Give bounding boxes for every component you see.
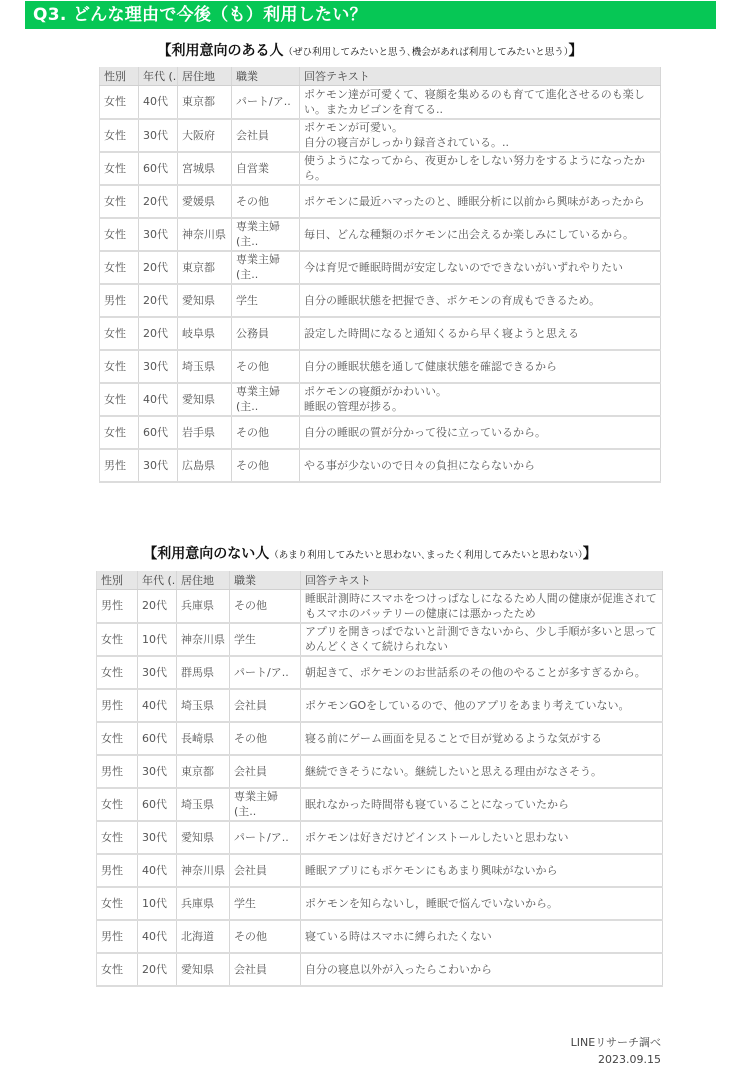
gender-cell: 女性 <box>97 887 138 920</box>
answer-cell: ポケモンは好きだけどインストールしたいと思わない <box>301 821 663 854</box>
col-header-gender[interactable]: 性別 <box>100 67 139 86</box>
negative-title-close: 】 <box>583 546 597 562</box>
age-cell: 20代 <box>139 185 178 218</box>
positive-title-close: 】 <box>569 43 583 59</box>
col-header-answer[interactable]: 回答テキスト <box>301 571 663 590</box>
job-cell: 学生 <box>230 623 301 656</box>
age-cell: 20代 <box>138 590 177 623</box>
job-cell: 会社員 <box>232 119 300 152</box>
gender-cell: 女性 <box>97 722 138 755</box>
gender-cell: 女性 <box>100 152 139 185</box>
job-cell: 会社員 <box>230 689 301 722</box>
job-cell: 専業主婦 (主.. <box>232 383 300 416</box>
age-cell: 40代 <box>138 920 177 953</box>
region-cell: 神奈川県 <box>177 854 230 887</box>
answer-cell: アプリを開きっぱでないと計測できないから、少し手順が多いと思ってめんどくさくて続… <box>301 623 663 656</box>
age-cell: 40代 <box>139 86 178 119</box>
table-row[interactable]: 男性40代北海道その他寝ている時はスマホに縛られたくない <box>97 920 663 953</box>
table-row[interactable]: 女性60代長崎県その他寝る前にゲーム画面を見ることで目が覚めるような気がする <box>97 722 663 755</box>
region-cell: 埼玉県 <box>178 350 232 383</box>
region-cell: 東京都 <box>177 755 230 788</box>
region-cell: 神奈川県 <box>178 218 232 251</box>
positive-title-main: 【利用意向のある人 <box>157 43 283 59</box>
table-row[interactable]: 女性30代大阪府会社員ポケモンが可愛い。 自分の寝言がしっかり録音されている。.… <box>100 119 661 152</box>
table-row[interactable]: 男性30代広島県その他やる事が少ないので日々の負担にならないから <box>100 449 661 482</box>
negative-title-sub: （あまり利用してみたいと思わない､まったく利用してみたいと思わない） <box>269 550 583 561</box>
gender-cell: 女性 <box>100 119 139 152</box>
gender-cell: 女性 <box>97 656 138 689</box>
table-row[interactable]: 男性20代愛知県学生自分の睡眠状態を把握でき、ポケモンの育成もできるため。 <box>100 284 661 317</box>
answer-cell: 自分の睡眠状態を通して健康状態を確認できるから <box>300 350 661 383</box>
gender-cell: 女性 <box>100 317 139 350</box>
gender-cell: 女性 <box>100 383 139 416</box>
region-cell: 北海道 <box>177 920 230 953</box>
answer-cell: 朝起きて、ポケモンのお世話系のその他のやることが多すぎるから。 <box>301 656 663 689</box>
age-cell: 60代 <box>138 722 177 755</box>
gender-cell: 男性 <box>97 689 138 722</box>
gender-cell: 男性 <box>97 590 138 623</box>
job-cell: 会社員 <box>230 854 301 887</box>
answer-cell: ポケモンが可愛い。 自分の寝言がしっかり録音されている。.. <box>300 119 661 152</box>
gender-cell: 女性 <box>97 821 138 854</box>
negative-responses-table: 性別 年代 (.. 居住地 職業 回答テキスト 男性20代兵庫県その他睡眠計測時… <box>96 571 663 987</box>
survey-date: 2023.09.15 <box>598 1053 661 1066</box>
table-row[interactable]: 女性30代神奈川県専業主婦 (主..毎日、どんな種類のポケモンに出会えるか楽しみ… <box>100 218 661 251</box>
age-cell: 20代 <box>139 251 178 284</box>
col-header-job[interactable]: 職業 <box>230 571 301 590</box>
answer-cell: 設定した時間になると通知くるから早く寝ようと思える <box>300 317 661 350</box>
answer-cell: 自分の寝息以外が入ったらこわいから <box>301 953 663 986</box>
age-cell: 20代 <box>139 317 178 350</box>
gender-cell: 男性 <box>97 755 138 788</box>
region-cell: 広島県 <box>178 449 232 482</box>
table-row[interactable]: 男性40代神奈川県会社員睡眠アプリにもポケモンにもあまり興味がないから <box>97 854 663 887</box>
answer-cell: ポケモンを知らないし，睡眠で悩んでいないから。 <box>301 887 663 920</box>
answer-cell: 睡眠アプリにもポケモンにもあまり興味がないから <box>301 854 663 887</box>
gender-cell: 女性 <box>100 218 139 251</box>
job-cell: 会社員 <box>230 953 301 986</box>
col-header-gender[interactable]: 性別 <box>97 571 138 590</box>
job-cell: 学生 <box>230 887 301 920</box>
table-row[interactable]: 女性20代愛媛県その他ポケモンに最近ハマったのと、睡眠分析に以前から興味があった… <box>100 185 661 218</box>
gender-cell: 女性 <box>100 86 139 119</box>
age-cell: 10代 <box>138 623 177 656</box>
region-cell: 愛知県 <box>177 953 230 986</box>
table-row[interactable]: 女性20代岐阜県公務員設定した時間になると通知くるから早く寝ようと思える <box>100 317 661 350</box>
answer-cell: やる事が少ないので日々の負担にならないから <box>300 449 661 482</box>
job-cell: その他 <box>232 449 300 482</box>
source-note: LINEリサーチ調べ <box>571 1034 661 1050</box>
negative-section-title: 【利用意向のない人（あまり利用してみたいと思わない､まったく利用してみたいと思わ… <box>0 543 740 563</box>
age-cell: 30代 <box>138 656 177 689</box>
gender-cell: 男性 <box>100 284 139 317</box>
table-row[interactable]: 男性20代兵庫県その他睡眠計測時にスマホをつけっぱなしになるため人間の健康が促進… <box>97 590 663 623</box>
gender-cell: 女性 <box>100 251 139 284</box>
answer-cell: 寝る前にゲーム画面を見ることで目が覚めるような気がする <box>301 722 663 755</box>
region-cell: 岐阜県 <box>178 317 232 350</box>
age-cell: 40代 <box>138 854 177 887</box>
job-cell: パート/ア.. <box>232 86 300 119</box>
region-cell: 長崎県 <box>177 722 230 755</box>
age-cell: 20代 <box>139 284 178 317</box>
negative-title-main: 【利用意向のない人 <box>143 546 269 562</box>
table-row[interactable]: 女性30代愛知県パート/ア..ポケモンは好きだけどインストールしたいと思わない <box>97 821 663 854</box>
answer-cell: 眠れなかった時間帯も寝ていることになっていたから <box>301 788 663 821</box>
gender-cell: 女性 <box>97 953 138 986</box>
answer-cell: 寝ている時はスマホに縛られたくない <box>301 920 663 953</box>
gender-cell: 女性 <box>97 623 138 656</box>
answer-cell: 睡眠計測時にスマホをつけっぱなしになるため人間の健康が促進されてもスマホのバッテ… <box>301 590 663 623</box>
col-header-job[interactable]: 職業 <box>232 67 300 86</box>
age-cell: 10代 <box>138 887 177 920</box>
gender-cell: 女性 <box>100 185 139 218</box>
region-cell: 埼玉県 <box>177 689 230 722</box>
region-cell: 兵庫県 <box>177 590 230 623</box>
answer-cell: ポケモンGOをしているので、他のアプリをあまり考えていない。 <box>301 689 663 722</box>
question-banner: Q3. どんな理由で今後（も）利用したい？ <box>25 1 716 29</box>
age-cell: 60代 <box>139 416 178 449</box>
col-header-age[interactable]: 年代 (.. <box>138 571 177 590</box>
age-cell: 30代 <box>139 449 178 482</box>
job-cell: その他 <box>230 920 301 953</box>
answer-cell: ポケモンの寝顔がかわいい。 睡眠の管理が捗る。 <box>300 383 661 416</box>
job-cell: 学生 <box>232 284 300 317</box>
region-cell: 埼玉県 <box>177 788 230 821</box>
answer-cell: ポケモンに最近ハマったのと、睡眠分析に以前から興味があったから <box>300 185 661 218</box>
job-cell: 自営業 <box>232 152 300 185</box>
region-cell: 東京都 <box>178 86 232 119</box>
answer-cell: ポケモン達が可愛くて、寝顔を集めるのも育てて進化させるのも楽しい。またカビゴンを… <box>300 86 661 119</box>
table-row[interactable]: 女性30代群馬県パート/ア..朝起きて、ポケモンのお世話系のその他のやることが多… <box>97 656 663 689</box>
job-cell: その他 <box>232 350 300 383</box>
age-cell: 60代 <box>138 788 177 821</box>
table-row[interactable]: 女性60代埼玉県専業主婦 (主..眠れなかった時間帯も寝ていることになっていたか… <box>97 788 663 821</box>
region-cell: 愛知県 <box>178 383 232 416</box>
col-header-region[interactable]: 居住地 <box>177 571 230 590</box>
table-row[interactable]: 女性30代埼玉県その他自分の睡眠状態を通して健康状態を確認できるから <box>100 350 661 383</box>
table-row[interactable]: 女性60代岩手県その他自分の睡眠の質が分かって役に立っているから。 <box>100 416 661 449</box>
answer-cell: 継続できそうにない。継続したいと思える理由がなさそう。 <box>301 755 663 788</box>
col-header-answer[interactable]: 回答テキスト <box>300 67 661 86</box>
positive-responses-table: 性別 年代 (.. 居住地 職業 回答テキスト 女性40代東京都パート/ア..ポ… <box>99 67 661 483</box>
gender-cell: 女性 <box>100 350 139 383</box>
gender-cell: 男性 <box>97 920 138 953</box>
job-cell: その他 <box>230 722 301 755</box>
age-cell: 40代 <box>138 689 177 722</box>
col-header-age[interactable]: 年代 (.. <box>139 67 178 86</box>
region-cell: 愛知県 <box>177 821 230 854</box>
job-cell: 公務員 <box>232 317 300 350</box>
table-row[interactable]: 女性10代神奈川県学生アプリを開きっぱでないと計測できないから、少し手順が多いと… <box>97 623 663 656</box>
region-cell: 大阪府 <box>178 119 232 152</box>
region-cell: 群馬県 <box>177 656 230 689</box>
positive-section-title: 【利用意向のある人（ぜひ利用してみたいと思う､機会があれば利用してみたいと思う）… <box>0 40 740 60</box>
table-header-row: 性別 年代 (.. 居住地 職業 回答テキスト <box>100 67 661 86</box>
answer-cell: 自分の睡眠状態を把握でき、ポケモンの育成もできるため。 <box>300 284 661 317</box>
gender-cell: 女性 <box>97 788 138 821</box>
age-cell: 30代 <box>138 821 177 854</box>
job-cell: パート/ア.. <box>230 821 301 854</box>
job-cell: その他 <box>232 185 300 218</box>
age-cell: 40代 <box>139 383 178 416</box>
age-cell: 60代 <box>139 152 178 185</box>
job-cell: その他 <box>230 590 301 623</box>
answer-cell: 毎日、どんな種類のポケモンに出会えるか楽しみにしているから。 <box>300 218 661 251</box>
question-title: Q3. どんな理由で今後（も）利用したい？ <box>33 5 367 25</box>
table-row[interactable]: 男性30代東京都会社員継続できそうにない。継続したいと思える理由がなさそう。 <box>97 755 663 788</box>
positive-title-sub: （ぜひ利用してみたいと思う､機会があれば利用してみたいと思う） <box>283 47 568 58</box>
answer-cell: 使うようになってから、夜更かしをしない努力をするようになったから。 <box>300 152 661 185</box>
region-cell: 兵庫県 <box>177 887 230 920</box>
gender-cell: 男性 <box>100 449 139 482</box>
job-cell: 専業主婦 (主.. <box>232 218 300 251</box>
col-header-region[interactable]: 居住地 <box>178 67 232 86</box>
region-cell: 宮城県 <box>178 152 232 185</box>
answer-cell: 自分の睡眠の質が分かって役に立っているから。 <box>300 416 661 449</box>
table-row[interactable]: 女性40代東京都パート/ア..ポケモン達が可愛くて、寝顔を集めるのも育てて進化さ… <box>100 86 661 119</box>
table-header-row: 性別 年代 (.. 居住地 職業 回答テキスト <box>97 571 663 590</box>
region-cell: 岩手県 <box>178 416 232 449</box>
age-cell: 30代 <box>139 350 178 383</box>
table-row[interactable]: 女性20代東京都専業主婦 (主..今は育児で睡眠時間が安定しないのでできないがい… <box>100 251 661 284</box>
table-row[interactable]: 男性40代埼玉県会社員ポケモンGOをしているので、他のアプリをあまり考えていない… <box>97 689 663 722</box>
gender-cell: 男性 <box>97 854 138 887</box>
age-cell: 30代 <box>138 755 177 788</box>
job-cell: パート/ア.. <box>230 656 301 689</box>
region-cell: 愛媛県 <box>178 185 232 218</box>
table-row[interactable]: 女性40代愛知県専業主婦 (主..ポケモンの寝顔がかわいい。 睡眠の管理が捗る。 <box>100 383 661 416</box>
age-cell: 20代 <box>138 953 177 986</box>
table-row[interactable]: 女性60代宮城県自営業使うようになってから、夜更かしをしない努力をするようになっ… <box>100 152 661 185</box>
region-cell: 神奈川県 <box>177 623 230 656</box>
table-row[interactable]: 女性20代愛知県会社員自分の寝息以外が入ったらこわいから <box>97 953 663 986</box>
table-row[interactable]: 女性10代兵庫県学生ポケモンを知らないし，睡眠で悩んでいないから。 <box>97 887 663 920</box>
age-cell: 30代 <box>139 119 178 152</box>
age-cell: 30代 <box>139 218 178 251</box>
gender-cell: 女性 <box>100 416 139 449</box>
job-cell: 専業主婦 (主.. <box>230 788 301 821</box>
region-cell: 東京都 <box>178 251 232 284</box>
answer-cell: 今は育児で睡眠時間が安定しないのでできないがいずれやりたい <box>300 251 661 284</box>
region-cell: 愛知県 <box>178 284 232 317</box>
job-cell: その他 <box>232 416 300 449</box>
job-cell: 会社員 <box>230 755 301 788</box>
job-cell: 専業主婦 (主.. <box>232 251 300 284</box>
